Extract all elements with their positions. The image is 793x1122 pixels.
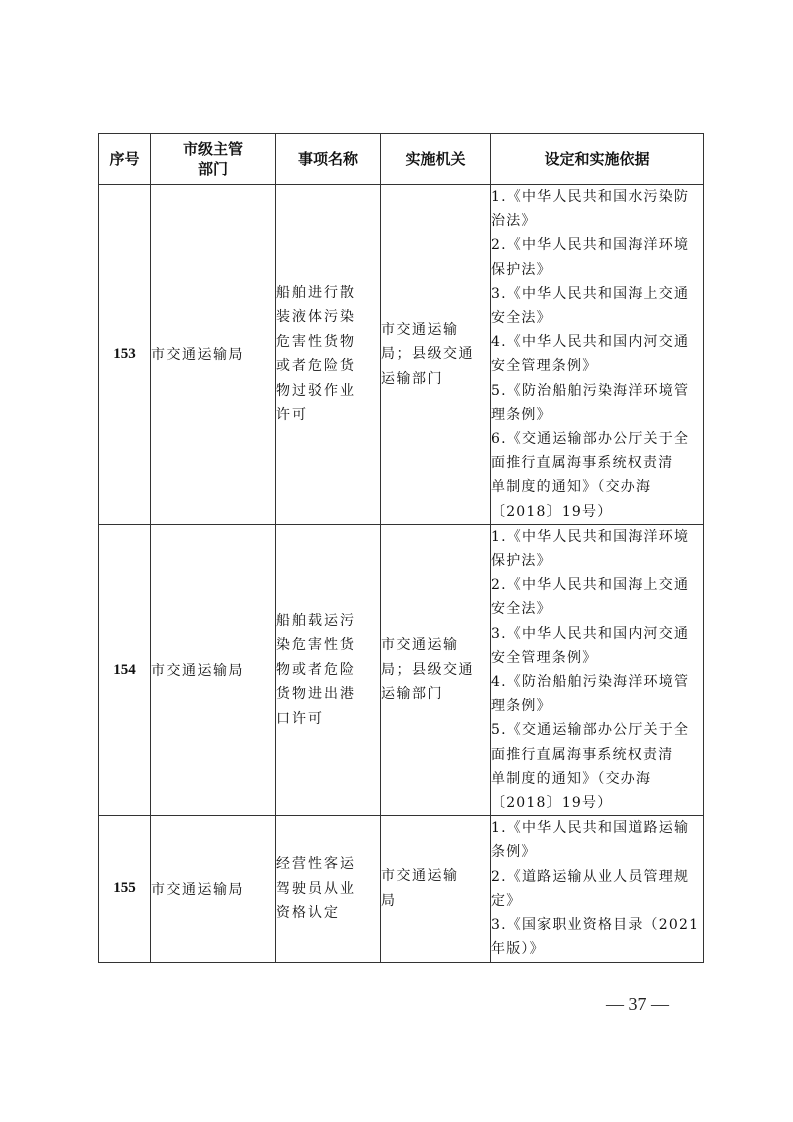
basis-line: 5.《防治船舶污染海洋环境管 bbox=[491, 379, 703, 403]
agency-line: 局 bbox=[381, 889, 490, 914]
basis-line: 面推行直属海事系统权责清 bbox=[491, 451, 703, 475]
header-item-name: 事项名称 bbox=[276, 134, 381, 185]
table-row: 153 市交通运输局 船舶进行散 装液体污染 危害性货物 或者危险货 物过驳作业… bbox=[99, 185, 704, 525]
basis-line: 4.《中华人民共和国内河交通 bbox=[491, 330, 703, 354]
permission-items-table: 序号 市级主管 部门 事项名称 实施机关 设定和实施依据 153 市交通运输局 … bbox=[98, 133, 704, 963]
basis-line: 3.《国家职业资格目录（2021 bbox=[491, 913, 703, 937]
basis-line: 单制度的通知》（交办海 bbox=[491, 767, 703, 791]
header-dept-line2: 部门 bbox=[151, 159, 275, 179]
basis-line: 〔2018〕19号） bbox=[491, 791, 703, 815]
cell-seq: 154 bbox=[99, 524, 151, 815]
header-basis: 设定和实施依据 bbox=[491, 134, 704, 185]
basis-line: 2.《中华人民共和国海洋环境 bbox=[491, 233, 703, 257]
basis-line: 2.《道路运输从业人员管理规 bbox=[491, 865, 703, 889]
item-line: 船舶进行散 bbox=[276, 281, 380, 306]
table-header-row: 序号 市级主管 部门 事项名称 实施机关 设定和实施依据 bbox=[99, 134, 704, 185]
cell-basis: 1.《中华人民共和国海洋环境 保护法》 2.《中华人民共和国海上交通 安全法》 … bbox=[491, 524, 704, 815]
item-line: 或者危险货 bbox=[276, 354, 380, 379]
basis-line: 年版）》 bbox=[491, 937, 703, 961]
basis-line: 保护法》 bbox=[491, 549, 703, 573]
cell-agency: 市交通运输 局；县级交通 运输部门 bbox=[381, 524, 491, 815]
basis-line: 条例》 bbox=[491, 840, 703, 864]
basis-line: 定》 bbox=[491, 889, 703, 913]
basis-line: 安全法》 bbox=[491, 306, 703, 330]
item-line: 物或者危险 bbox=[276, 658, 380, 683]
basis-line: 理条例》 bbox=[491, 403, 703, 427]
basis-line: 2.《中华人民共和国海上交通 bbox=[491, 573, 703, 597]
item-line: 货物进出港 bbox=[276, 682, 380, 707]
item-line: 驾驶员从业 bbox=[276, 877, 380, 902]
basis-line: 单制度的通知》（交办海 bbox=[491, 475, 703, 499]
header-dept: 市级主管 部门 bbox=[151, 134, 276, 185]
header-dept-line1: 市级主管 bbox=[151, 139, 275, 159]
basis-line: 治法》 bbox=[491, 209, 703, 233]
item-line: 船舶载运污 bbox=[276, 609, 380, 634]
basis-line: 1.《中华人民共和国道路运输 bbox=[491, 816, 703, 840]
basis-line: 4.《防治船舶污染海洋环境管 bbox=[491, 670, 703, 694]
cell-dept: 市交通运输局 bbox=[151, 524, 276, 815]
cell-agency: 市交通运输 局；县级交通 运输部门 bbox=[381, 185, 491, 525]
basis-line: 3.《中华人民共和国海上交通 bbox=[491, 282, 703, 306]
agency-line: 市交通运输 bbox=[381, 318, 490, 343]
item-line: 染危害性货 bbox=[276, 633, 380, 658]
basis-line: 1.《中华人民共和国水污染防 bbox=[491, 185, 703, 209]
agency-line: 市交通运输 bbox=[381, 864, 490, 889]
cell-seq: 155 bbox=[99, 816, 151, 962]
basis-line: 3.《中华人民共和国内河交通 bbox=[491, 622, 703, 646]
agency-line: 运输部门 bbox=[381, 682, 490, 707]
header-agency: 实施机关 bbox=[381, 134, 491, 185]
cell-dept: 市交通运输局 bbox=[151, 185, 276, 525]
cell-seq: 153 bbox=[99, 185, 151, 525]
basis-line: 1.《中华人民共和国海洋环境 bbox=[491, 525, 703, 549]
basis-line: 安全法》 bbox=[491, 597, 703, 621]
item-line: 危害性货物 bbox=[276, 330, 380, 355]
basis-line: 〔2018〕19号） bbox=[491, 500, 703, 524]
cell-basis: 1.《中华人民共和国水污染防 治法》 2.《中华人民共和国海洋环境 保护法》 3… bbox=[491, 185, 704, 525]
basis-line: 理条例》 bbox=[491, 694, 703, 718]
agency-line: 局；县级交通 bbox=[381, 658, 490, 683]
item-line: 资格认定 bbox=[276, 901, 380, 926]
agency-line: 局；县级交通 bbox=[381, 342, 490, 367]
cell-basis: 1.《中华人民共和国道路运输 条例》 2.《道路运输从业人员管理规 定》 3.《… bbox=[491, 816, 704, 962]
table-row: 155 市交通运输局 经营性客运 驾驶员从业 资格认定 市交通运输 局 1.《中… bbox=[99, 816, 704, 962]
basis-line: 保护法》 bbox=[491, 258, 703, 282]
item-line: 经营性客运 bbox=[276, 852, 380, 877]
cell-agency: 市交通运输 局 bbox=[381, 816, 491, 962]
page-number: — 37 — bbox=[606, 994, 669, 1015]
cell-dept: 市交通运输局 bbox=[151, 816, 276, 962]
header-seq: 序号 bbox=[99, 134, 151, 185]
basis-line: 面推行直属海事系统权责清 bbox=[491, 743, 703, 767]
agency-line: 运输部门 bbox=[381, 367, 490, 392]
basis-line: 安全管理条例》 bbox=[491, 354, 703, 378]
item-line: 许可 bbox=[276, 403, 380, 428]
item-line: 装液体污染 bbox=[276, 305, 380, 330]
cell-item-name: 船舶载运污 染危害性货 物或者危险 货物进出港 口许可 bbox=[276, 524, 381, 815]
cell-item-name: 经营性客运 驾驶员从业 资格认定 bbox=[276, 816, 381, 962]
agency-line: 市交通运输 bbox=[381, 633, 490, 658]
table-row: 154 市交通运输局 船舶载运污 染危害性货 物或者危险 货物进出港 口许可 市… bbox=[99, 524, 704, 815]
item-line: 物过驳作业 bbox=[276, 379, 380, 404]
basis-line: 5.《交通运输部办公厅关于全 bbox=[491, 718, 703, 742]
basis-line: 6.《交通运输部办公厅关于全 bbox=[491, 427, 703, 451]
cell-item-name: 船舶进行散 装液体污染 危害性货物 或者危险货 物过驳作业 许可 bbox=[276, 185, 381, 525]
item-line: 口许可 bbox=[276, 707, 380, 732]
basis-line: 安全管理条例》 bbox=[491, 646, 703, 670]
